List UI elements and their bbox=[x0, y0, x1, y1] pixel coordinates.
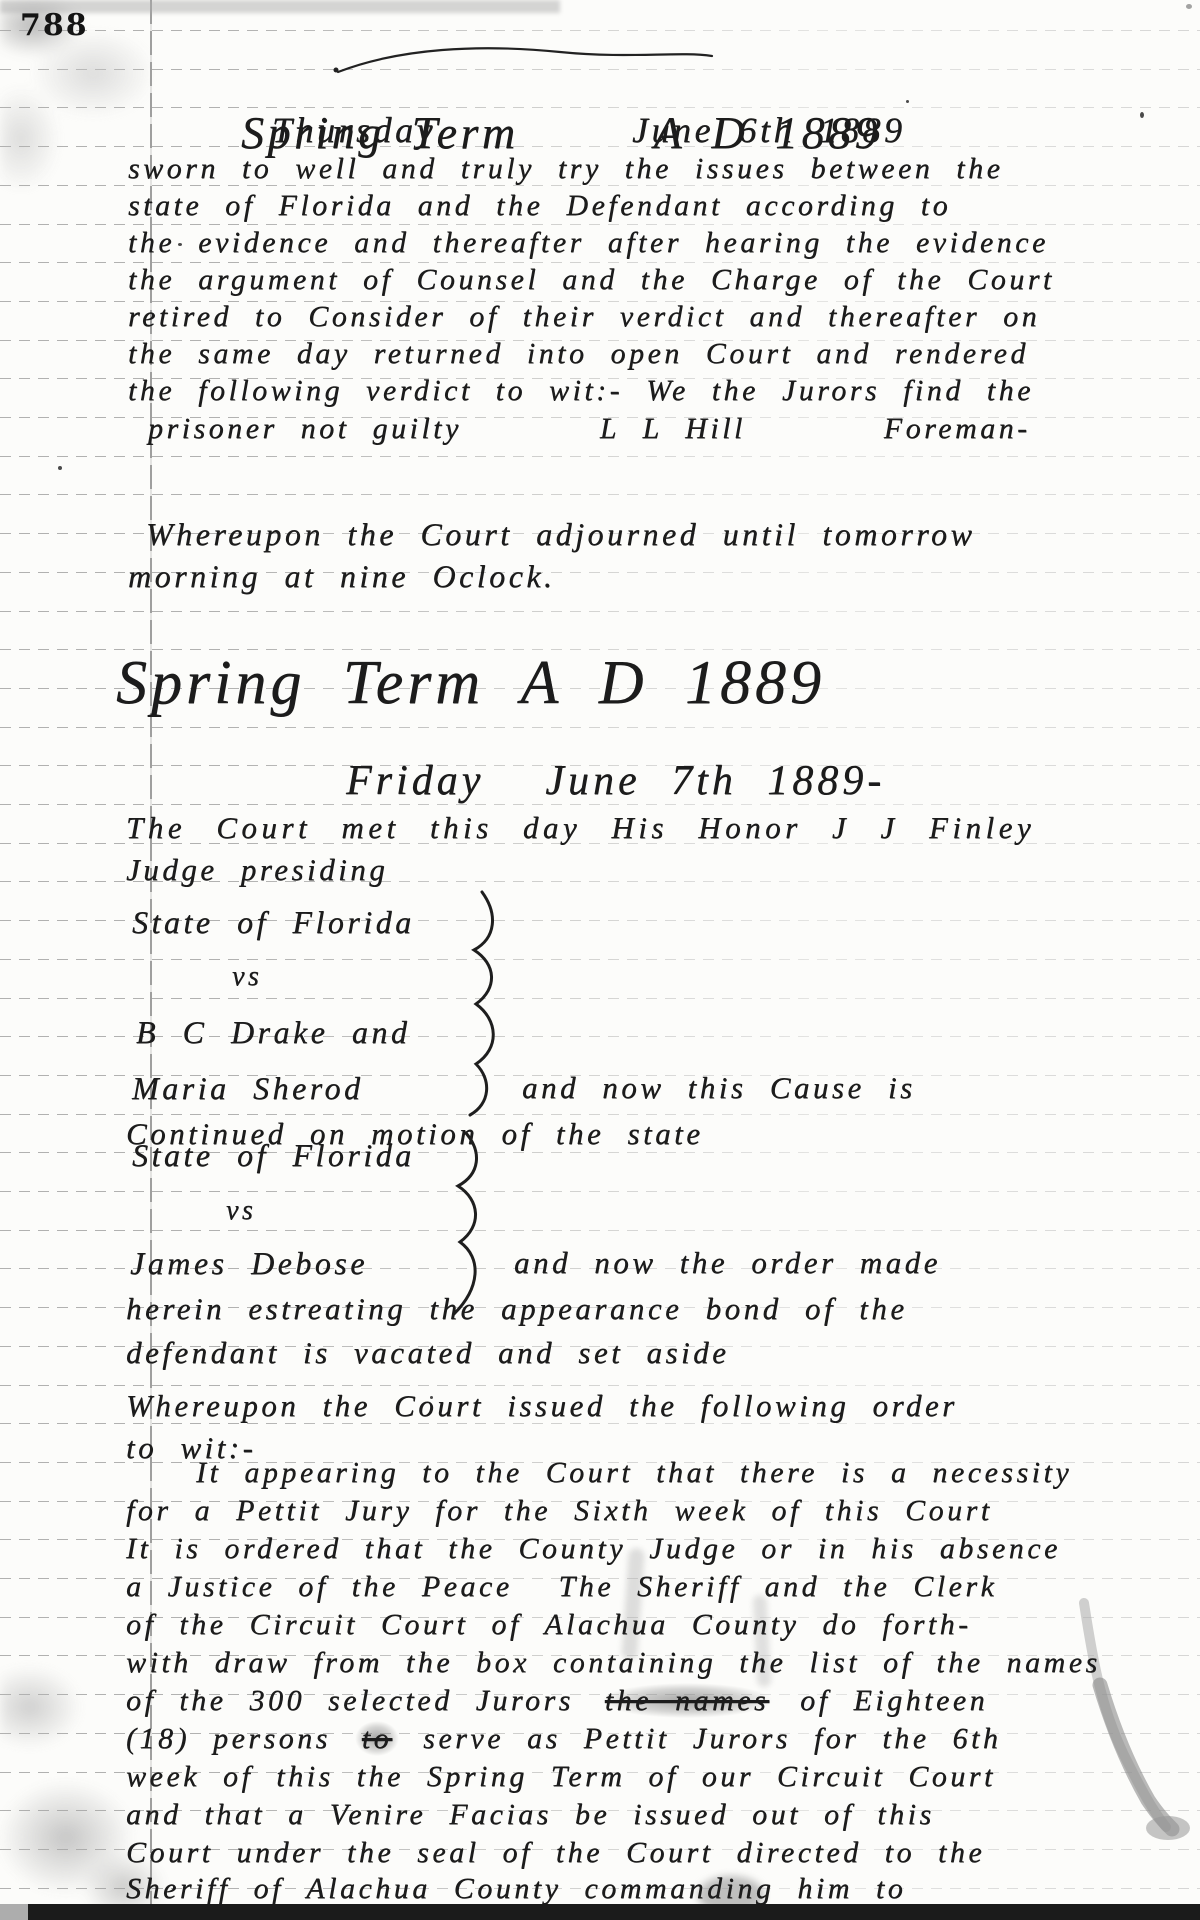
case-order-line: and now the order made bbox=[514, 1247, 941, 1278]
handwritten-line: Court under the seal of the Court direct… bbox=[126, 1838, 985, 1868]
ruled-line bbox=[0, 1191, 1200, 1192]
case-vs: vs bbox=[232, 963, 262, 991]
handwritten-line: sworn to well and truly try the issues b… bbox=[128, 154, 1003, 184]
ruled-line bbox=[0, 1230, 1200, 1231]
struck-out-text: to bbox=[354, 1720, 400, 1757]
handwritten-line: and that a Venire Facias be issued out o… bbox=[126, 1800, 935, 1830]
handwritten-line: the argument of Counsel and the Charge o… bbox=[128, 265, 1055, 295]
ruled-line bbox=[0, 959, 1200, 960]
handwritten-line: of the Circuit Court of Alachua County d… bbox=[126, 1610, 972, 1640]
handwritten-line: the following verdict to wit:- We the Ju… bbox=[128, 376, 1034, 406]
handwritten-line: Whereupon the Court adjourned until tomo… bbox=[146, 518, 975, 550]
case-order-line: and now this Cause is bbox=[522, 1072, 916, 1103]
handwritten-line: with draw from the box containing the li… bbox=[126, 1648, 1101, 1678]
ruled-line bbox=[0, 1385, 1200, 1386]
case-party-state: State of Florida bbox=[132, 1139, 415, 1171]
case-vs: vs bbox=[226, 1197, 256, 1225]
speck bbox=[58, 466, 62, 470]
case-order-line: herein estreating the appearance bond of… bbox=[126, 1293, 908, 1324]
handwritten-line: of the 300 selected Jurors the names of … bbox=[126, 1686, 988, 1716]
ledger-page-scan: 788 Spring TermA D 1889 Thursday June 6t… bbox=[0, 0, 1200, 1920]
handwritten-line: retired to Consider of their verdict and… bbox=[128, 302, 1040, 332]
ruled-line bbox=[0, 804, 1200, 805]
handwritten-line: for a Pettit Jury for the Sixth week of … bbox=[126, 1496, 993, 1526]
ruled-line bbox=[0, 611, 1200, 612]
court-met-line: The Court met this day His Honor J J Fin… bbox=[126, 812, 1035, 843]
handwritten-line: (18) persons to serve as Pettit Jurors f… bbox=[126, 1724, 1001, 1754]
case-brace bbox=[448, 886, 500, 1118]
ruled-line bbox=[0, 1114, 1200, 1115]
handwritten-line: the same day returned into open Court an… bbox=[128, 339, 1029, 369]
verdict-line: prisoner not guilty L L Hill Foreman- bbox=[148, 414, 1031, 444]
speck bbox=[1186, 4, 1192, 9]
case-party-defendant: B C Drake and bbox=[136, 1016, 410, 1048]
line-text: of Eighteen bbox=[777, 1684, 988, 1717]
handwritten-line: the evidence and thereafter after hearin… bbox=[128, 228, 1049, 258]
speck bbox=[906, 100, 909, 103]
handwritten-line: It appearing to the Court that there is … bbox=[196, 1458, 1072, 1488]
scan-edge-band bbox=[0, 1904, 1200, 1920]
ink-streak bbox=[1040, 1595, 1190, 1855]
session-date-june7: Friday June 7th 1889- bbox=[346, 760, 885, 802]
case-party-defendant: Maria Sherod bbox=[132, 1072, 363, 1104]
handwritten-line: Sheriff of Alachua County commanding him… bbox=[126, 1874, 906, 1904]
line-text: of the 300 selected Jurors bbox=[126, 1684, 597, 1717]
speck bbox=[1140, 112, 1144, 118]
ruled-line bbox=[0, 30, 1200, 31]
ruled-line bbox=[0, 456, 1200, 457]
ruled-line bbox=[0, 224, 1200, 225]
case-brace bbox=[434, 1128, 484, 1318]
struck-out-text: the names bbox=[597, 1682, 777, 1719]
term-header-june7: Spring Term A D 1889 bbox=[116, 652, 825, 714]
handwritten-line: morning at nine Oclock. bbox=[128, 560, 556, 592]
handwritten-line: a Justice of the Peace The Sheriff and t… bbox=[126, 1572, 997, 1602]
ruled-line bbox=[0, 998, 1200, 999]
ruled-line bbox=[0, 494, 1200, 495]
judge-presiding-line: Judge presiding bbox=[126, 854, 388, 885]
handwritten-line: It is ordered that the County Judge or i… bbox=[126, 1534, 1061, 1564]
scan-edge-notch bbox=[0, 1904, 28, 1920]
case-order-line: defendant is vacated and set aside bbox=[126, 1337, 729, 1368]
ruled-line bbox=[0, 727, 1200, 728]
handwritten-line: week of this the Spring Term of our Circ… bbox=[126, 1762, 996, 1792]
handwritten-line: Whereupon the Court issued the following… bbox=[126, 1390, 958, 1421]
case-party-defendant: James Debose bbox=[130, 1247, 368, 1279]
line-text: serve as Pettit Jurors for the 6th bbox=[400, 1722, 1001, 1755]
case-party-state: State of Florida bbox=[132, 906, 415, 938]
page-number: 788 bbox=[20, 8, 89, 43]
line-text: (18) persons bbox=[126, 1722, 354, 1755]
handwritten-line: state of Florida and the Defendant accor… bbox=[128, 191, 951, 221]
session-date-june6: Thursday June 6th 1889 bbox=[272, 112, 905, 148]
ruled-line bbox=[0, 1423, 1200, 1424]
